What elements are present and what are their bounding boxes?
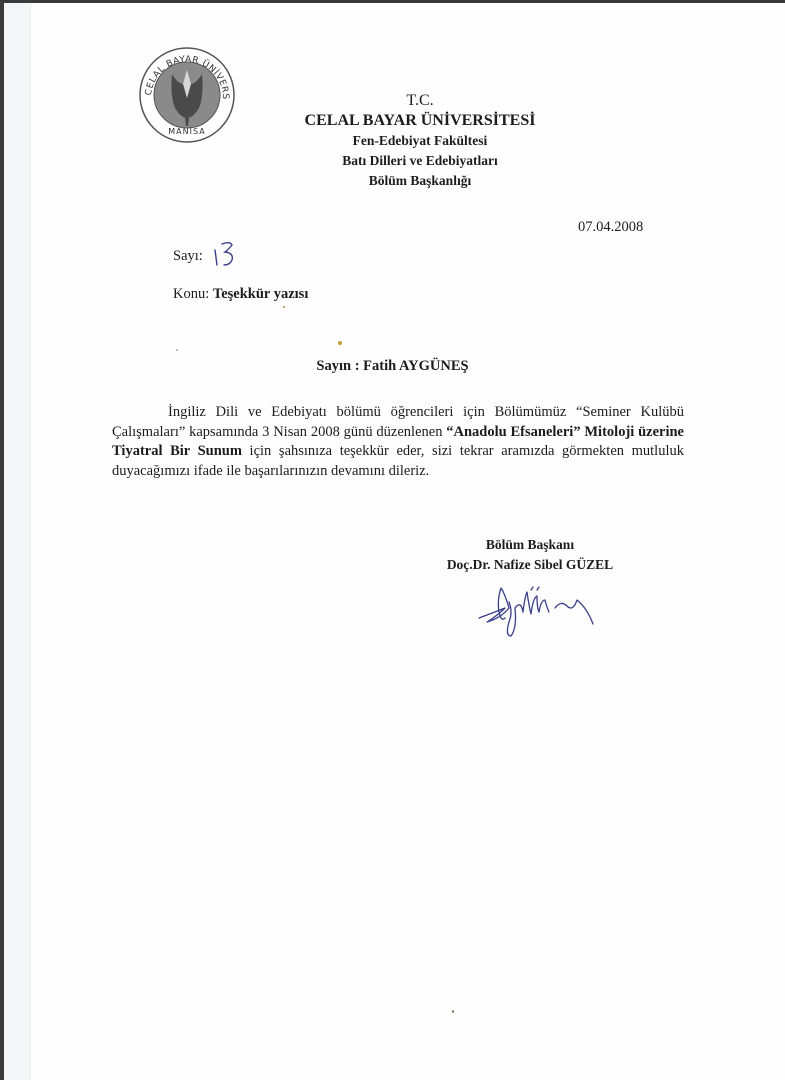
letter-body: İngiliz Dili ve Edebiyatı bölümü öğrenci… — [112, 403, 684, 481]
subject-value: Teşekkür yazısı — [213, 286, 308, 302]
signatory-name: Doç.Dr. Nafize Sibel GÜZEL — [430, 555, 630, 575]
scan-margin — [4, 3, 31, 1080]
letter-date: 07.04.2008 — [578, 219, 643, 236]
reference-number-label: Sayı: — [173, 248, 203, 265]
letterhead-faculty: Fen-Edebiyat Fakültesi — [290, 131, 550, 151]
signature-block: Bölüm Başkanı Doç.Dr. Nafize Sibel GÜZEL — [430, 535, 630, 575]
scan-speck — [338, 341, 342, 345]
handwritten-signature-icon — [475, 578, 615, 643]
handwritten-number-13 — [210, 238, 240, 268]
svg-text:MANİSA: MANİSA — [168, 126, 205, 136]
salutation: Sayın : Fatih AYGÜNEŞ — [0, 358, 785, 375]
signatory-title: Bölüm Başkanı — [430, 535, 630, 555]
letterhead-university: CELAL BAYAR ÜNİVERSİTESİ — [290, 111, 550, 131]
subject-line: Konu: Teşekkür yazısı — [173, 286, 308, 303]
university-seal-icon: CELAL BAYAR ÜNİVERSİTESİ MANİSA — [137, 46, 237, 144]
scan-speck — [452, 1010, 454, 1013]
letterhead-office: Bölüm Başkanlığı — [290, 171, 550, 191]
letterhead-state: T.C. — [290, 91, 550, 111]
scan-speck — [283, 306, 285, 308]
subject-label: Konu: — [173, 286, 209, 302]
scan-speck — [176, 349, 178, 351]
letterhead: T.C. CELAL BAYAR ÜNİVERSİTESİ Fen-Edebiy… — [290, 91, 550, 191]
letterhead-department: Batı Dilleri ve Edebiyatları — [290, 151, 550, 171]
